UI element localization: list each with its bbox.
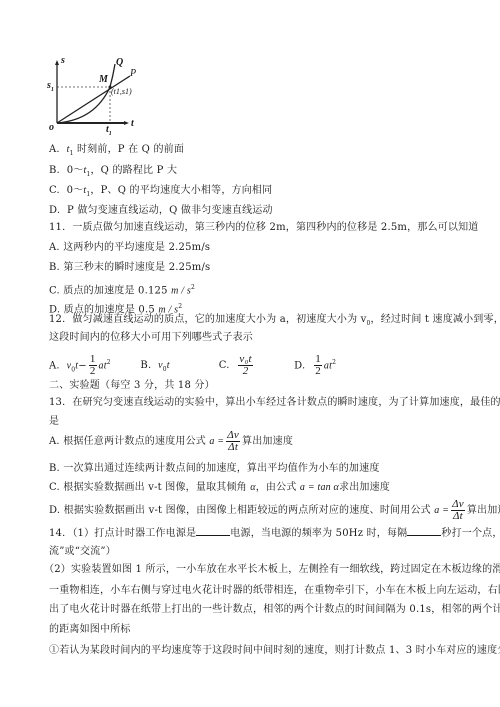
answer-blank-interval[interactable]: [407, 526, 441, 536]
q13-option-a: A. 根据任意两计数点的速度用公式 a =ΔvΔt算出加速度: [49, 430, 293, 454]
q12-option-a: A. v0t−12at2: [49, 350, 137, 383]
q13-option-d: D. 根据实验数据画出 v-t 图像，由图像上相距较远的两点所对应的速度、时间用…: [49, 499, 500, 523]
q14-sub1: ①若认为某段时间内的平均速度等于这段时间中间时刻的速度，则打计数点 1、3 时小…: [49, 645, 500, 657]
q14-part2-line1: （2）实验装置如图 1 所示，一小车放在水平长木板上，左侧拴有一细软线，跨过固定…: [44, 564, 500, 576]
q14-part2-line4: 的距离如图中所标: [49, 624, 131, 636]
s-t-graph-figure: s t o s1 t1 M (t1,s1) Q P: [40, 58, 150, 138]
point-coords-label: (t1,s1): [111, 87, 132, 96]
q11-stem: 11．一质点做匀加速直线运动，第三秒内的位移 2m，第四秒内的位移是 2.5m，…: [49, 222, 479, 234]
point-m-label: M: [99, 74, 108, 85]
axis-s-label: s: [61, 55, 65, 66]
q14-part1-line1: 14．（1）打点计时器工作电源是电源，当电源的频率为 50Hz 时，每隔秒打一个…: [49, 526, 500, 540]
axis-t-label: t: [131, 118, 134, 129]
q14-part1-line2: 流”或“交流”）: [49, 546, 116, 558]
origin-label: o: [49, 122, 54, 133]
q11-option-a: A. 这两秒内的平均速度是 2.25m/s: [49, 242, 210, 254]
answer-blank-power-type[interactable]: [196, 526, 230, 536]
q10-option-a: A. t1 时刻前，P 在 Q 的前面: [49, 144, 184, 160]
q14-part2-line2: 一重物相连，小车右侧与穿过电火花计时器的纸带相连，在重物牵引下，小车在木板上向左…: [49, 585, 500, 597]
q13-stem-line2: 是: [49, 416, 59, 428]
q10-option-c: C. 0～t1，P、Q 的平均速度大小相等，方向相同: [49, 185, 272, 201]
q13-stem-line1: 13．在研究匀变速直线运动的实验中，算出小车经过各计数点的瞬时速度，为了计算加速…: [49, 397, 500, 409]
q12-option-c: C. v₀t2: [219, 353, 291, 379]
line-p-label: P: [130, 68, 136, 79]
s1-label: s1: [47, 80, 54, 93]
q12-stem-line1: 12．做匀减速直线运动的质点，它的加速度大小为 a，初速度大小为 v0，经过时间…: [49, 314, 500, 330]
q13-option-b: B. 一次算出通过连续两计数点间的加速度，算出平均值作为小车的加速度: [49, 463, 380, 475]
q12-option-d: D. 12at2: [294, 350, 336, 379]
q13-option-c: C. 根据实验数据画出 v-t 图像，量取其倾角 α，由公式 a = tan α…: [49, 482, 390, 494]
q11-option-b: B. 第三秒末的瞬时速度是 2.25m/s: [49, 262, 210, 274]
q10-option-d: D. P 做匀变速直线运动，Q 做非匀变速直线运动: [49, 205, 273, 217]
q12-option-b: B. v0t: [140, 353, 215, 383]
curve-q-label: Q: [116, 57, 123, 68]
q10-option-b: B. 0～t1，Q 的路程比 P 大: [49, 165, 177, 181]
q11-option-c: C. 质点的加速度是 0.125 m / s2: [49, 282, 195, 297]
q14-part2-line3: 出了电火花计时器在纸带上打出的一些计数点，相邻的两个计数点的时间间隔为 0.1s…: [49, 604, 500, 616]
t1-label: t1: [106, 124, 112, 137]
q12-options-row: A. v0t−12at2 B. v0t C. v₀t2 D. 12at2: [49, 350, 336, 383]
section-2-heading: 二、实验题（每空 3 分，共 18 分）: [49, 380, 215, 392]
q12-stem-line2: 这段时间内的位移大小可用下列哪些式子表示: [49, 332, 253, 344]
